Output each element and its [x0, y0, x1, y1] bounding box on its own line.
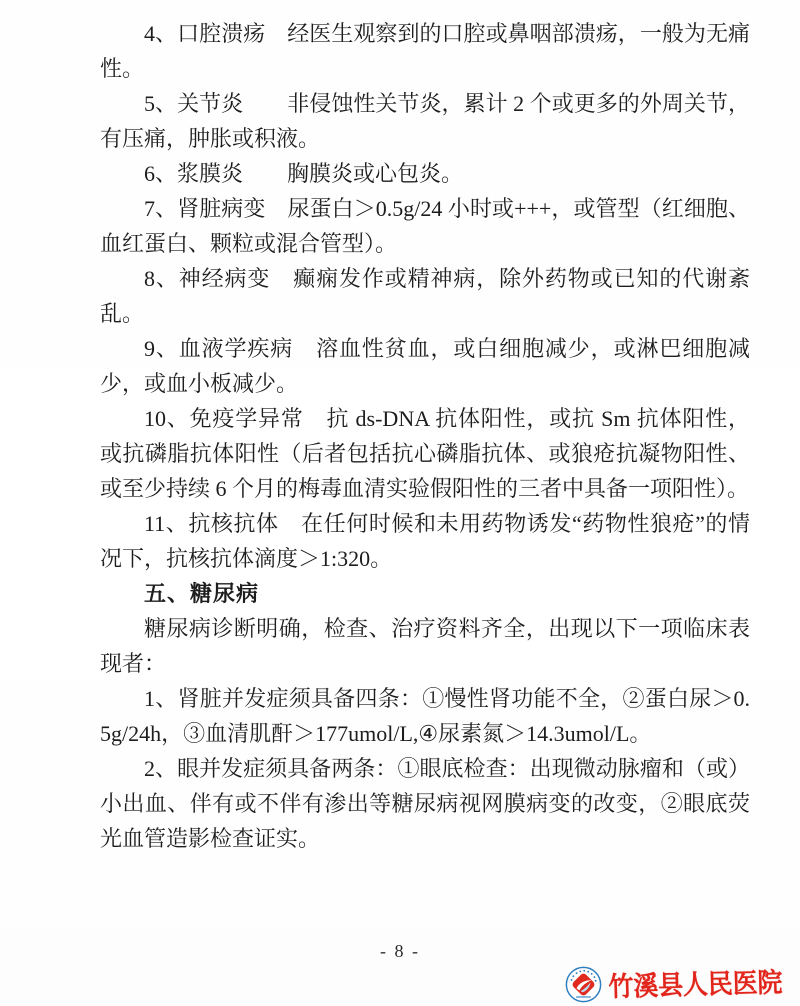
hospital-stamp-text: 竹溪县人民医院 — [608, 960, 783, 1004]
diabetes-intro: 糖尿病诊断明确，检查、治疗资料齐全，出现以下一项临床表现者： — [100, 611, 750, 681]
hospital-logo-icon — [565, 966, 602, 1003]
criteria-item-11: 11、抗核抗体 在任何时候和未用药物诱发“药物性狼疮”的情况下，抗核抗体滴度＞1… — [100, 506, 750, 576]
section-heading-diabetes: 五、糖尿病 — [100, 576, 750, 611]
criteria-item-5: 5、关节炎 非侵蚀性关节炎，累计 2 个或更多的外周关节，有压痛，肿胀或积液。 — [100, 86, 750, 156]
page-number: - 8 - — [0, 941, 800, 962]
diabetes-item-2: 2、眼并发症须具备两条：①眼底检查：出现微动脉瘤和（或）小出血、伴有或不伴有渗出… — [100, 751, 750, 856]
criteria-item-6: 6、浆膜炎 胸膜炎或心包炎。 — [100, 156, 750, 191]
criteria-item-10: 10、免疫学异常 抗 ds-DNA 抗体阳性，或抗 Sm 抗体阳性，或抗磷脂抗体… — [100, 401, 750, 506]
scanned-document-page: 4、口腔溃疡 经医生观察到的口腔或鼻咽部溃疡，一般为无痛性。 5、关节炎 非侵蚀… — [0, 0, 800, 1006]
criteria-item-9: 9、血液学疾病 溶血性贫血，或白细胞减少，或淋巴细胞减少，或血小板减少。 — [100, 331, 750, 401]
diabetes-item-1: 1、肾脏并发症须具备四条：①慢性肾功能不全，②蛋白尿＞0.5g/24h，③血清肌… — [100, 681, 750, 751]
criteria-item-7: 7、肾脏病变 尿蛋白＞0.5g/24 小时或+++，或管型（红细胞、血红蛋白、颗… — [100, 191, 750, 261]
document-body: 4、口腔溃疡 经医生观察到的口腔或鼻咽部溃疡，一般为无痛性。 5、关节炎 非侵蚀… — [100, 16, 750, 856]
hospital-stamp: 竹溪县人民医院 — [565, 965, 798, 1004]
criteria-item-4: 4、口腔溃疡 经医生观察到的口腔或鼻咽部溃疡，一般为无痛性。 — [100, 16, 750, 86]
criteria-item-8: 8、神经病变 癫痫发作或精神病，除外药物或已知的代谢紊乱。 — [100, 261, 750, 331]
